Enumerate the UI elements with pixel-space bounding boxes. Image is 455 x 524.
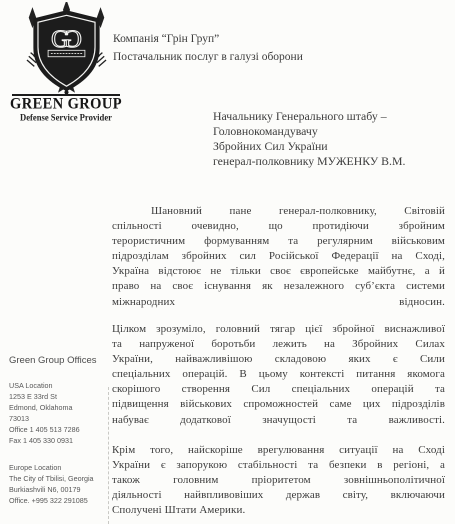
sidebar-europe-address: Europe Location The City of Tbilisi, Geo… (9, 463, 94, 507)
recipient-line: генерал-полковнику МУЖЕНКУ В.М. (213, 154, 405, 169)
letter-line: спеціальних операцій. В цьому контексті … (112, 367, 445, 382)
company-descriptor-line: Постачальник послуг в галузі оборони (113, 49, 303, 67)
recipient-line: Начальнику Генерального штабу – (213, 109, 405, 124)
address-line: Office. +995 322 291085 (9, 496, 94, 507)
address-line: Edmond, Oklahoma (9, 403, 80, 414)
address-line: The City of Tbilisi, Georgia (9, 474, 94, 485)
letter-line: України є запорукою стабільності та безп… (112, 458, 445, 473)
banner-ribbon (48, 50, 85, 56)
sidebar-heading: Green Group Offices (9, 355, 96, 366)
address-line: USA Location (9, 381, 80, 392)
letter-paragraph-2: Цілком зрозуміло, головний тягар цієї зб… (112, 322, 445, 428)
recipient-line: Головнокомандувачу (213, 124, 405, 139)
logo-name: GREEN GROUP (0, 96, 132, 113)
address-line: 1253 E 33rd St (9, 392, 80, 403)
letter-line: підрозділам збройних сил Російської Феде… (112, 249, 445, 264)
letter-line-left: міжнародних (112, 295, 175, 310)
letter-line: також головним пріоритетом зовнішньополі… (112, 473, 445, 488)
letter-line: Сполучені Штати Америки. (112, 503, 445, 518)
shield-crest-icon: G G (18, 2, 115, 94)
company-header: Компанія “Грін Груп” Постачальник послуг… (113, 31, 303, 66)
recipient-block: Начальнику Генерального штабу – Головнок… (213, 109, 405, 169)
letter-line: терористичним формуванням та регулярним … (112, 234, 445, 249)
sidebar-usa-address: USA Location 1253 E 33rd St Edmond, Okla… (9, 381, 80, 446)
letter-paragraph-3: Крім того, найскоріше врегулювання ситуа… (112, 443, 445, 518)
letter-paragraph-1: Шановний пане генерал-полковнику, Світов… (112, 204, 445, 310)
address-line: 73013 (9, 414, 80, 425)
gg-monogram: G G (51, 26, 82, 53)
letter-line: скорішого створення Сил спеціальних опер… (112, 382, 445, 397)
letter-line: Шановний пане генерал-полковнику, Світов… (112, 204, 445, 219)
address-line: Fax 1 405 330 0931 (9, 436, 80, 447)
address-line: Burkiashvili N6, 00179 (9, 485, 94, 496)
fold-line (108, 387, 109, 524)
letter-line: України, найважливішою складовою яких є … (112, 352, 445, 367)
monogram-g-right: G (63, 26, 81, 53)
letter-line: Крім того, найскоріше врегулювання ситуа… (112, 443, 445, 458)
letter-line: спільності очевидно, що протидіючи зброй… (112, 219, 445, 234)
scanned-letter: G G GREEN GROUP Defense Service Provider… (0, 0, 455, 524)
letter-line: Цілком зрозуміло, головний тягар цієї зб… (112, 322, 445, 337)
address-line: Europe Location (9, 463, 94, 474)
letter-line-right: відносин. (399, 295, 445, 310)
letter-line: міжнародних відносин. (112, 295, 445, 310)
recipient-line: Збройних Сил України (213, 139, 405, 154)
letter-line: набуває додаткової значущості та важливо… (112, 413, 445, 428)
letter-line: право на своє існування як незалежного с… (112, 279, 445, 294)
letter-line: Україна відстоює не тільки своє європейс… (112, 264, 445, 279)
letter-line: діяльності найвпливовіших держав світу, … (112, 488, 445, 503)
letter-line: підвищення військових спроможностей саме… (112, 397, 445, 412)
company-name-line: Компанія “Грін Груп” (113, 31, 303, 49)
logo-tagline: Defense Service Provider (0, 112, 132, 123)
address-line: Office 1 405 513 7286 (9, 425, 80, 436)
letter-line: та напруженої боротьби лежить на Збройни… (112, 337, 445, 352)
